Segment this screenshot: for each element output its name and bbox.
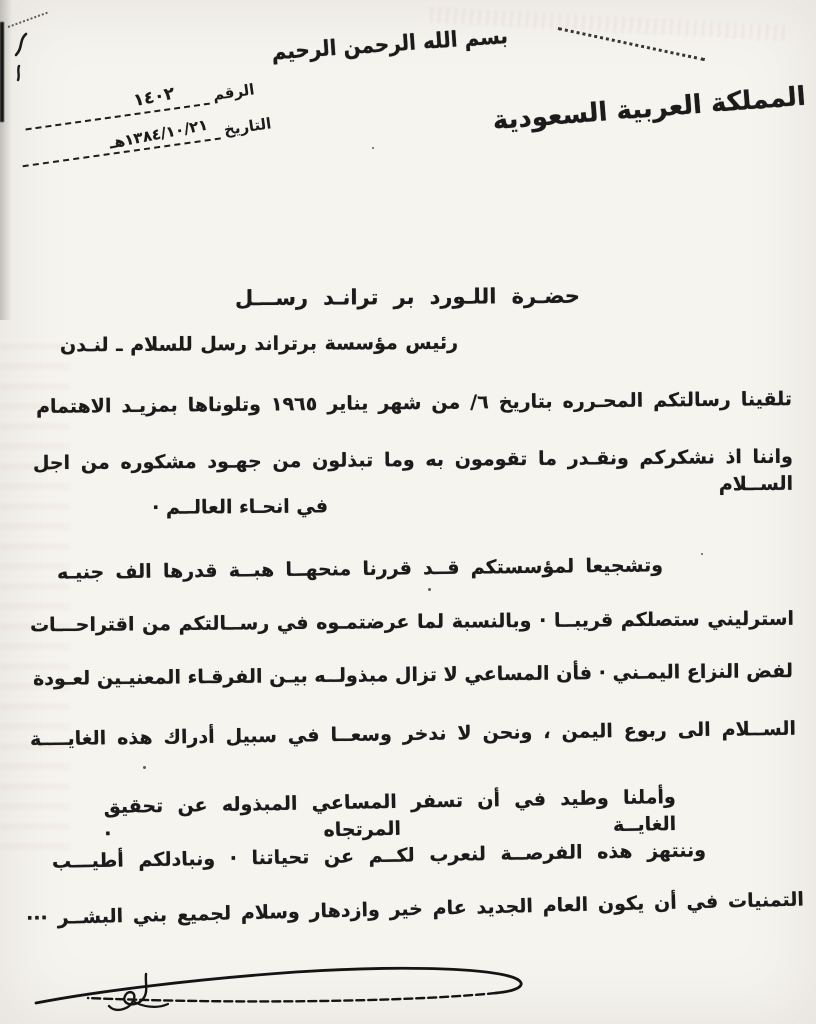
- body-line: في انحـاء العالــم ·: [168, 493, 328, 521]
- body-line: وتشجيعا لمؤسستكم قــد قررنا منحهــا هبــ…: [57, 552, 663, 586]
- body-line: التمنيات في أن يكون العام الجديد عام خير…: [26, 886, 804, 932]
- number-value: ١٤٠٢: [132, 83, 177, 111]
- addressee-heading: حضـرة اللـورد بر ترانـد رســـل: [235, 283, 580, 312]
- signature-flourish-icon: [28, 946, 533, 1024]
- body-line: لفض النزاع اليمـني · فأن المساعي لا تزال…: [33, 658, 793, 693]
- letterhead-country-title: المملكة العربية السعودية: [539, 82, 807, 133]
- bismillah-calligraphy: بسم الله الرحمن الرحيم: [317, 22, 508, 61]
- body-line: تلقينا رسالتكم المحـرره بتاريخ ٦/ من شهر…: [36, 386, 792, 421]
- pen-mark-icon: [10, 30, 36, 88]
- scan-speck: [701, 553, 703, 555]
- body-line: الســلام الى ربوع اليمن ، ونحن لا ندخر و…: [30, 716, 796, 754]
- scan-edge-mark: [0, 22, 4, 122]
- dotted-line-top-left: [8, 12, 48, 28]
- scanned-letter-page: بسم الله الرحمن الرحيم المملكة العربية ا…: [0, 0, 816, 1024]
- scan-speck: [428, 588, 431, 591]
- date-value: ١٣٨٤/١٠/٢١هـ: [107, 116, 208, 153]
- recipient-title-line: رئيس مؤسسة برتراند رسل للسلام ـ لنـدن: [60, 330, 458, 360]
- body-line: استرليني ستصلكم قريبــا · وبالنسبة لما ع…: [30, 606, 794, 640]
- scan-speck: [143, 766, 146, 769]
- date-label: التاريخ: [219, 114, 273, 139]
- reference-block: الرقم ١٤٠٢ التاريخ ١٣٨٤/١٠/٢١هـ: [23, 80, 263, 184]
- date-line: ١٣٨٤/١٠/٢١هـ: [22, 133, 221, 167]
- number-label: الرقم: [208, 80, 256, 104]
- scan-speck: [372, 147, 374, 149]
- body-line: واننا اذ نشكركم ونقـدر ما تقومون به وما …: [33, 444, 793, 505]
